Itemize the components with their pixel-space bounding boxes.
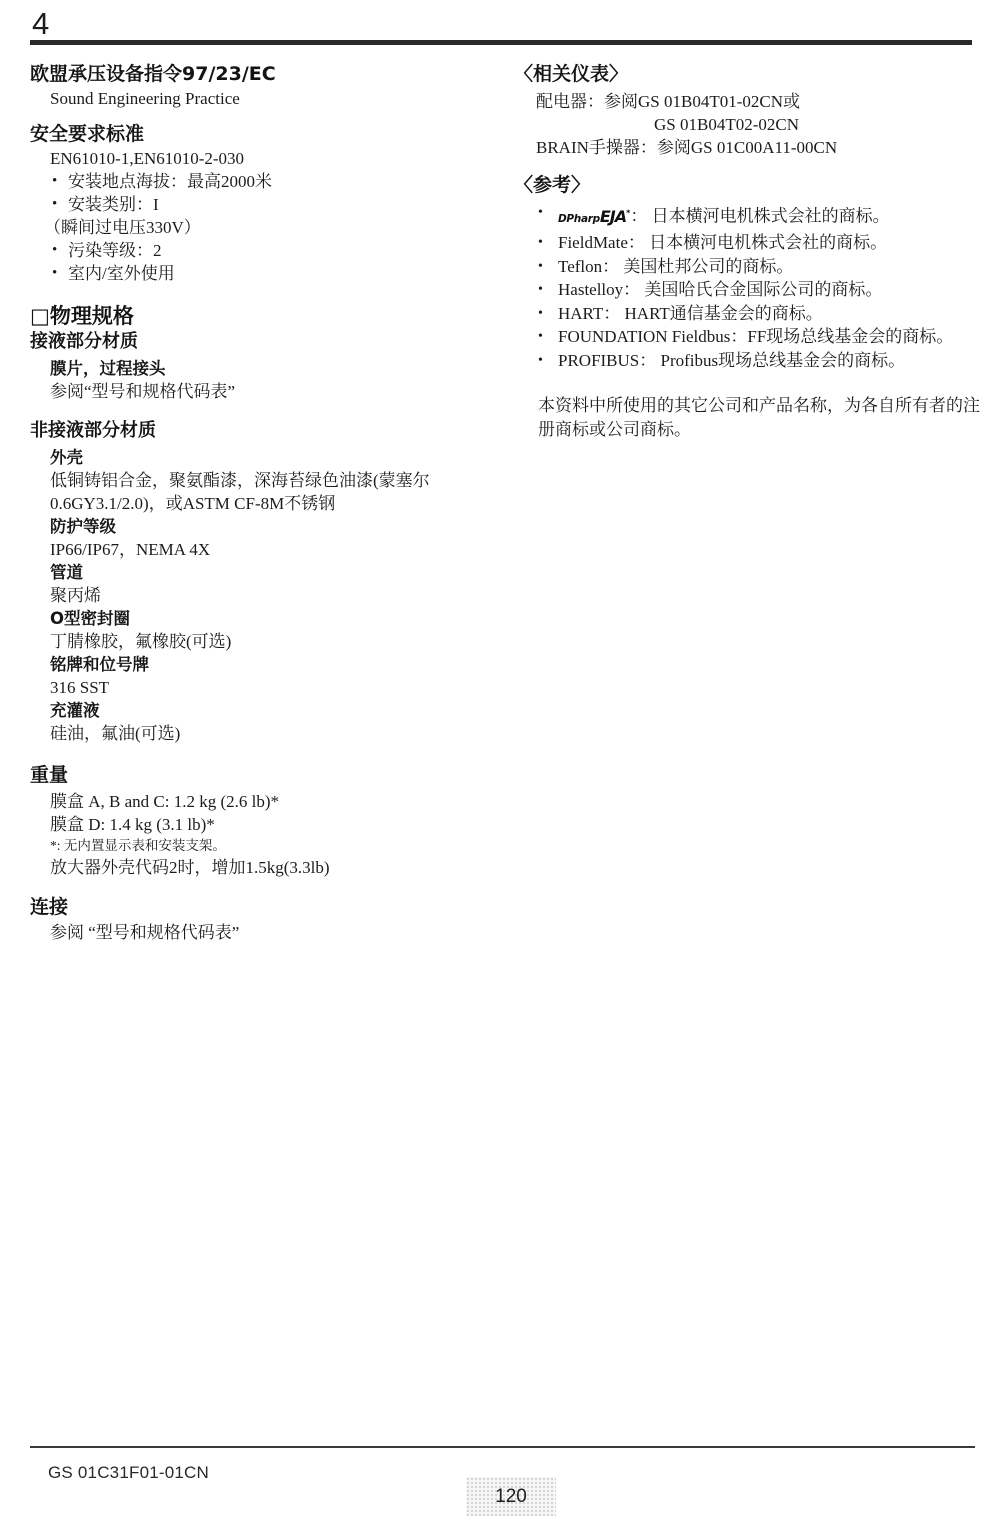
page-number: 120 bbox=[495, 1486, 527, 1508]
section-connection: 连接 参阅 “型号和规格代码表” bbox=[30, 895, 492, 944]
heading-wetted-parts: 接液部分材质 bbox=[30, 330, 492, 354]
safety-item-text: 污染等级：2 bbox=[68, 239, 492, 262]
bullet-icon: • bbox=[538, 349, 558, 373]
bullet-icon: • bbox=[50, 170, 68, 193]
header-rule bbox=[30, 40, 972, 45]
trademark-brand: FieldMate bbox=[558, 233, 628, 252]
section-physical-spec: □物理规格 接液部分材质 膜片，过程接头 参阅“型号和规格代码表” 非接液部分材… bbox=[30, 303, 492, 745]
trademark-text: FOUNDATION Fieldbus：FF现场总线基金会的商标。 bbox=[558, 325, 992, 349]
related-line: 配电器： 参阅GS 01B04T01-02CN或 bbox=[536, 90, 992, 113]
bullet-icon: • bbox=[538, 201, 558, 231]
right-column: 〈相关仪表〉 配电器： 参阅GS 01B04T01-02CN或 GS 01B04… bbox=[514, 62, 992, 944]
footer-rule bbox=[30, 1446, 975, 1448]
trademark-desc: ： 美国哈氏合金国际公司的商标。 bbox=[623, 280, 882, 299]
bullet-icon: • bbox=[50, 193, 68, 216]
related-label: 配电器： bbox=[536, 90, 604, 113]
spec-label: 充灌液 bbox=[50, 699, 492, 722]
trademark-desc: ： HART通信基金会的商标。 bbox=[603, 304, 823, 323]
related-value: 参阅GS 01B04T01-02CN或 bbox=[604, 90, 800, 113]
dpharp-eja-logo: DPharpEJA* bbox=[558, 207, 630, 227]
doc-number: GS 01C31F01-01CN bbox=[48, 1463, 209, 1483]
safety-item: • 安装地点海拔：最高2000米 bbox=[50, 170, 492, 193]
heading-pressure-directive: 欧盟承压设备指令97/23/EC bbox=[30, 62, 492, 87]
spec-label: 管道 bbox=[50, 561, 492, 584]
spec-label: 铭牌和位号牌 bbox=[50, 653, 492, 676]
spec-value: 聚丙烯 bbox=[50, 584, 492, 607]
section-related-instruments: 〈相关仪表〉 配电器： 参阅GS 01B04T01-02CN或 GS 01B04… bbox=[514, 62, 992, 159]
heading-non-wetted-parts: 非接液部分材质 bbox=[30, 419, 492, 443]
bullet-icon: • bbox=[538, 231, 558, 255]
trademark-brand: PROFIBUS bbox=[558, 351, 639, 370]
trademark-text: PROFIBUS： Profibus现场总线基金会的商标。 bbox=[558, 349, 992, 373]
heading-weight: 重量 bbox=[30, 763, 492, 788]
spec-value: IP66/IP67，NEMA 4X bbox=[50, 538, 492, 561]
section-reference: 〈参考〉 • DPharpEJA*： 日本横河电机株式会社的商标。 • Fiel… bbox=[514, 173, 992, 442]
bullet-icon: • bbox=[538, 302, 558, 326]
wetted-parts-value: 参阅“型号和规格代码表” bbox=[50, 380, 492, 403]
reference-note: 本资料中所使用的其它公司和产品名称，为各自所有者的注册商标或公司商标。 bbox=[538, 394, 986, 442]
trademark-desc: ： Profibus现场总线基金会的商标。 bbox=[639, 351, 905, 370]
heading-related-instruments: 〈相关仪表〉 bbox=[514, 62, 992, 87]
section-weight: 重量 膜盒 A, B and C: 1.2 kg (2.6 lb)* 膜盒 D:… bbox=[30, 763, 492, 879]
wetted-parts-label: 膜片，过程接头 bbox=[50, 357, 492, 380]
related-label: BRAIN手操器： bbox=[536, 136, 657, 159]
related-line-continuation: GS 01B04T02-02CN bbox=[654, 113, 992, 136]
trademark-desc: ：FF现场总线基金会的商标。 bbox=[730, 327, 953, 346]
heading-connection: 连接 bbox=[30, 895, 492, 920]
spec-value: 硅油，氟油(可选) bbox=[50, 722, 492, 745]
trademark-item: • FOUNDATION Fieldbus：FF现场总线基金会的商标。 bbox=[538, 325, 992, 349]
pressure-directive-body: Sound Engineering Practice bbox=[50, 87, 492, 110]
spec-label: 外壳 bbox=[50, 446, 492, 469]
safety-item: • 室内/室外使用 bbox=[50, 262, 492, 285]
bullet-icon: • bbox=[538, 255, 558, 279]
section-safety-standard: 安全要求标准 EN61010-1,EN61010-2-030 • 安装地点海拔：… bbox=[30, 122, 492, 285]
heading-physical-spec: □物理规格 bbox=[30, 303, 492, 330]
weight-line: 膜盒 D: 1.4 kg (3.1 lb)* bbox=[50, 813, 492, 836]
safety-item-note: （瞬间过电压330V） bbox=[44, 216, 492, 239]
trademark-brand: HART bbox=[558, 304, 603, 323]
safety-item-text: 室内/室外使用 bbox=[68, 262, 492, 285]
related-value: 参阅GS 01C00A11-00CN bbox=[657, 136, 837, 159]
spec-value: 丁腈橡胶，氟橡胶(可选) bbox=[50, 630, 492, 653]
trademark-text: Teflon： 美国杜邦公司的商标。 bbox=[558, 255, 992, 279]
spec-label: 防护等级 bbox=[50, 515, 492, 538]
bullet-icon: • bbox=[50, 239, 68, 262]
trademark-item: • FieldMate： 日本横河电机株式会社的商标。 bbox=[538, 231, 992, 255]
connection-value: 参阅 “型号和规格代码表” bbox=[50, 921, 492, 944]
trademark-item: • PROFIBUS： Profibus现场总线基金会的商标。 bbox=[538, 349, 992, 373]
related-line: BRAIN手操器： 参阅GS 01C00A11-00CN bbox=[536, 136, 992, 159]
spec-value: 低铜铸铝合金，聚氨酯漆，深海苔绿色油漆(蒙塞尔0.6GY3.1/2.0)，或AS… bbox=[50, 469, 492, 515]
heading-reference: 〈参考〉 bbox=[514, 173, 992, 198]
safety-item: • 安装类别：I bbox=[50, 193, 492, 216]
bullet-icon: • bbox=[538, 325, 558, 349]
trademark-item: • Teflon： 美国杜邦公司的商标。 bbox=[538, 255, 992, 279]
trademark-desc: ： 日本横河电机株式会社的商标。 bbox=[628, 233, 887, 252]
trademark-brand: FOUNDATION Fieldbus bbox=[558, 327, 730, 346]
trademark-text: Hastelloy： 美国哈氏合金国际公司的商标。 bbox=[558, 278, 992, 302]
weight-line: 膜盒 A, B and C: 1.2 kg (2.6 lb)* bbox=[50, 790, 492, 813]
trademark-text: FieldMate： 日本横河电机株式会社的商标。 bbox=[558, 231, 992, 255]
heading-safety-standard: 安全要求标准 bbox=[30, 122, 492, 147]
spec-value: 316 SST bbox=[50, 676, 492, 699]
spec-label: O型密封圈 bbox=[50, 607, 492, 630]
trademark-brand: Hastelloy bbox=[558, 280, 623, 299]
trademark-desc: ： 美国杜邦公司的商标。 bbox=[602, 257, 793, 276]
left-column: 欧盟承压设备指令97/23/EC Sound Engineering Pract… bbox=[30, 62, 492, 944]
document-page: 4 欧盟承压设备指令97/23/EC Sound Engineering Pra… bbox=[0, 0, 1000, 1520]
weight-footnote: *: 无内置显示表和安装支架。 bbox=[50, 836, 492, 856]
safety-item: • 污染等级：2 bbox=[50, 239, 492, 262]
trademark-item: • DPharpEJA*： 日本横河电机株式会社的商标。 bbox=[538, 201, 992, 231]
trademark-brand: Teflon bbox=[558, 257, 602, 276]
content-columns: 欧盟承压设备指令97/23/EC Sound Engineering Pract… bbox=[30, 62, 972, 944]
trademark-item: • Hastelloy： 美国哈氏合金国际公司的商标。 bbox=[538, 278, 992, 302]
trademark-item: • HART： HART通信基金会的商标。 bbox=[538, 302, 992, 326]
bullet-icon: • bbox=[50, 262, 68, 285]
trademark-text: DPharpEJA*： 日本横河电机株式会社的商标。 bbox=[558, 201, 992, 231]
safety-standard-codes: EN61010-1,EN61010-2-030 bbox=[50, 147, 492, 170]
chapter-number: 4 bbox=[30, 8, 972, 39]
trademark-text: HART： HART通信基金会的商标。 bbox=[558, 302, 992, 326]
page-number-box: 120 bbox=[466, 1477, 556, 1516]
section-pressure-directive: 欧盟承压设备指令97/23/EC Sound Engineering Pract… bbox=[30, 62, 492, 110]
safety-item-text: 安装地点海拔：最高2000米 bbox=[68, 170, 492, 193]
weight-extra: 放大器外壳代码2时，增加1.5kg(3.3lb) bbox=[50, 856, 492, 879]
safety-item-text: 安装类别：I bbox=[68, 193, 492, 216]
bullet-icon: • bbox=[538, 278, 558, 302]
trademark-desc: ： 日本横河电机株式会社的商标。 bbox=[630, 207, 889, 226]
